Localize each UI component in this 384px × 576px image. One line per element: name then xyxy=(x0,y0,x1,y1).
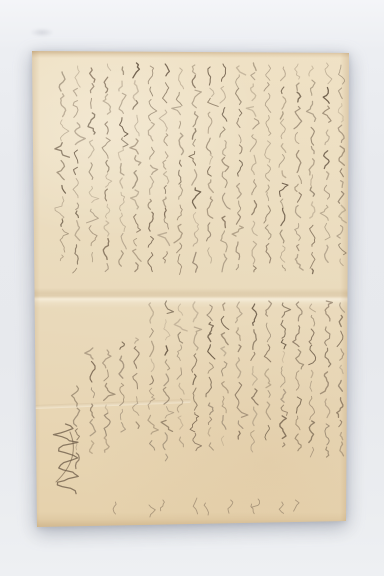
photo-of-letter: Photograph of an aged handwritten letter… xyxy=(0,0,384,576)
letter-paper xyxy=(0,0,384,576)
paper-shadow-wrapper xyxy=(0,0,384,576)
handwriting-svg xyxy=(0,0,384,576)
